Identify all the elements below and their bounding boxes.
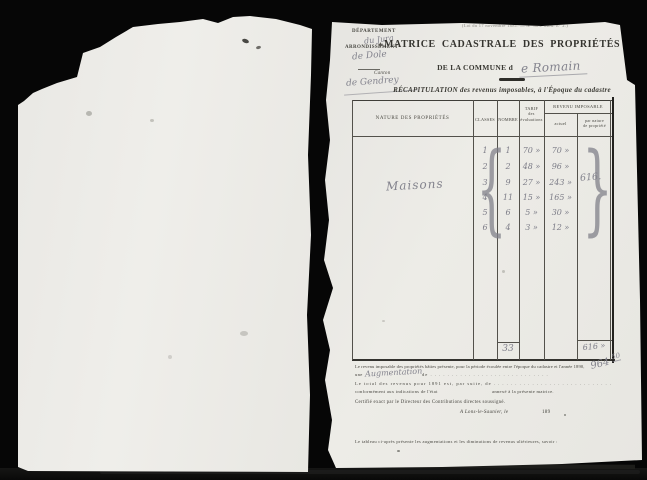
- cell-nombre: 11: [497, 193, 519, 202]
- cell-tarif: 3 »: [519, 223, 544, 232]
- group-total-value: 616.: [580, 171, 602, 184]
- title-star-mark: ✱: [378, 42, 383, 49]
- cell-nombre: 1: [497, 146, 519, 155]
- header-classes: CLASSES: [473, 117, 497, 122]
- cell-revenu: 165 »: [544, 193, 577, 202]
- cell-tarif: 5 »: [519, 208, 544, 217]
- cell-nombre: 2: [497, 162, 519, 171]
- ink-smudge: [397, 450, 400, 452]
- admin-divider-line: [358, 69, 380, 70]
- recapitulation-subtitle: RÉCAPITULATION des revenus imposables, à…: [372, 86, 632, 94]
- commune-handwritten-value: e Romain: [519, 58, 587, 78]
- cell-classe: 5: [473, 208, 497, 217]
- paper-stain: [502, 270, 505, 273]
- cell-revenu: 70 »: [544, 146, 577, 155]
- header-nature: NATURE DES PROPRIÉTÉS: [352, 116, 473, 121]
- paper-stain: [256, 45, 262, 49]
- arrondissement-value: de Dole: [352, 50, 388, 63]
- footer-conformement-line: conformément aux indications de l'état: [355, 389, 438, 394]
- cell-classe: 6: [473, 223, 497, 232]
- header-revenu-par-nature: par nature de propriété: [577, 118, 612, 128]
- col-line-revenu-sub: [577, 113, 578, 360]
- ink-smudge: [564, 414, 566, 416]
- nature-entry-maisons: Maisons: [386, 177, 444, 194]
- cell-revenu: 30 »: [544, 208, 577, 217]
- header-tarif: TARIF des évaluations: [519, 106, 544, 122]
- cell-tarif: 27 »: [519, 178, 544, 187]
- paper-stain: [242, 38, 250, 44]
- table-border-bottom: [352, 359, 615, 361]
- cell-classe: 4: [473, 193, 497, 202]
- paper-stain: [382, 320, 385, 322]
- cell-tarif: 70 »: [519, 146, 544, 155]
- closing-brace: }: [582, 140, 613, 238]
- footer-une-label: une: [355, 372, 363, 377]
- cell-nombre: 6: [497, 208, 519, 217]
- total-revenu-value: 616 »: [577, 340, 612, 353]
- paper-stain: [240, 331, 248, 336]
- header-revenu-imposable: REVENU IMPOSABLE: [544, 104, 612, 109]
- table-border-top: [352, 100, 614, 101]
- cell-nombre: 4: [497, 223, 519, 232]
- footer-de-leader-dots: de . . . . . . . . . . . . . . . . . . .…: [422, 372, 612, 377]
- paper-stain: [150, 119, 154, 122]
- footer-certification-line: Certifié exact par le Directeur des Cont…: [355, 400, 505, 405]
- cell-revenu: 96 »: [544, 162, 577, 171]
- total-nombre-value: 33: [497, 344, 519, 354]
- page-title: MATRICE CADASTRALE DES PROPRIÉTÉS BATIES: [384, 39, 640, 50]
- cell-classe: 2: [473, 162, 497, 171]
- commune-printed-label: DE LA COMMUNE d: [437, 63, 513, 72]
- matrice-cadastrale-page: DÉPARTEMENT du Jura ARRONDISSEMENT de Do…: [322, 20, 647, 470]
- total-nombre-line: [497, 342, 520, 343]
- cell-tarif: 15 »: [519, 193, 544, 202]
- footer-annexe-line: annexé à la présente matrice.: [492, 389, 554, 394]
- amount-francs: 964: [589, 357, 610, 372]
- footer-tableau-note: Le tableau ci-après présente les augment…: [355, 439, 575, 444]
- title-ornament-bar: [499, 78, 525, 81]
- footer-place-date-line: A Lons-le-Saunier, le: [460, 410, 508, 415]
- table-border-left: [352, 100, 353, 360]
- header-nombre: NOMBRE: [497, 117, 519, 122]
- left-blank-page: [18, 15, 312, 472]
- commune-line: DE LA COMMUNE d e Romain: [392, 59, 632, 75]
- revenu-subheader-line: [544, 113, 613, 114]
- footer-total-revenus-line: Le total des revenus pour 1891 est, par …: [355, 381, 612, 386]
- amount-centimes: 50: [610, 351, 621, 362]
- footer-augmentation-handwritten: Augmentation: [365, 367, 423, 379]
- paper-stain: [86, 111, 92, 116]
- footer-year-printed: 189: [542, 410, 550, 415]
- law-reference-note: (Loi du 17 novembre 1881. — N° 803. Mod.…: [440, 23, 590, 28]
- cell-tarif: 48 »: [519, 162, 544, 171]
- cell-revenu: 12 »: [544, 223, 577, 232]
- cell-nombre: 9: [497, 178, 519, 187]
- cell-classe: 3: [473, 178, 497, 187]
- header-revenu-actuel: actuel: [544, 121, 577, 126]
- cell-classe: 1: [473, 146, 497, 155]
- paper-stain: [168, 355, 172, 359]
- cell-revenu: 243 »: [544, 178, 577, 187]
- scanned-register-spread: DÉPARTEMENT du Jura ARRONDISSEMENT de Do…: [0, 0, 647, 480]
